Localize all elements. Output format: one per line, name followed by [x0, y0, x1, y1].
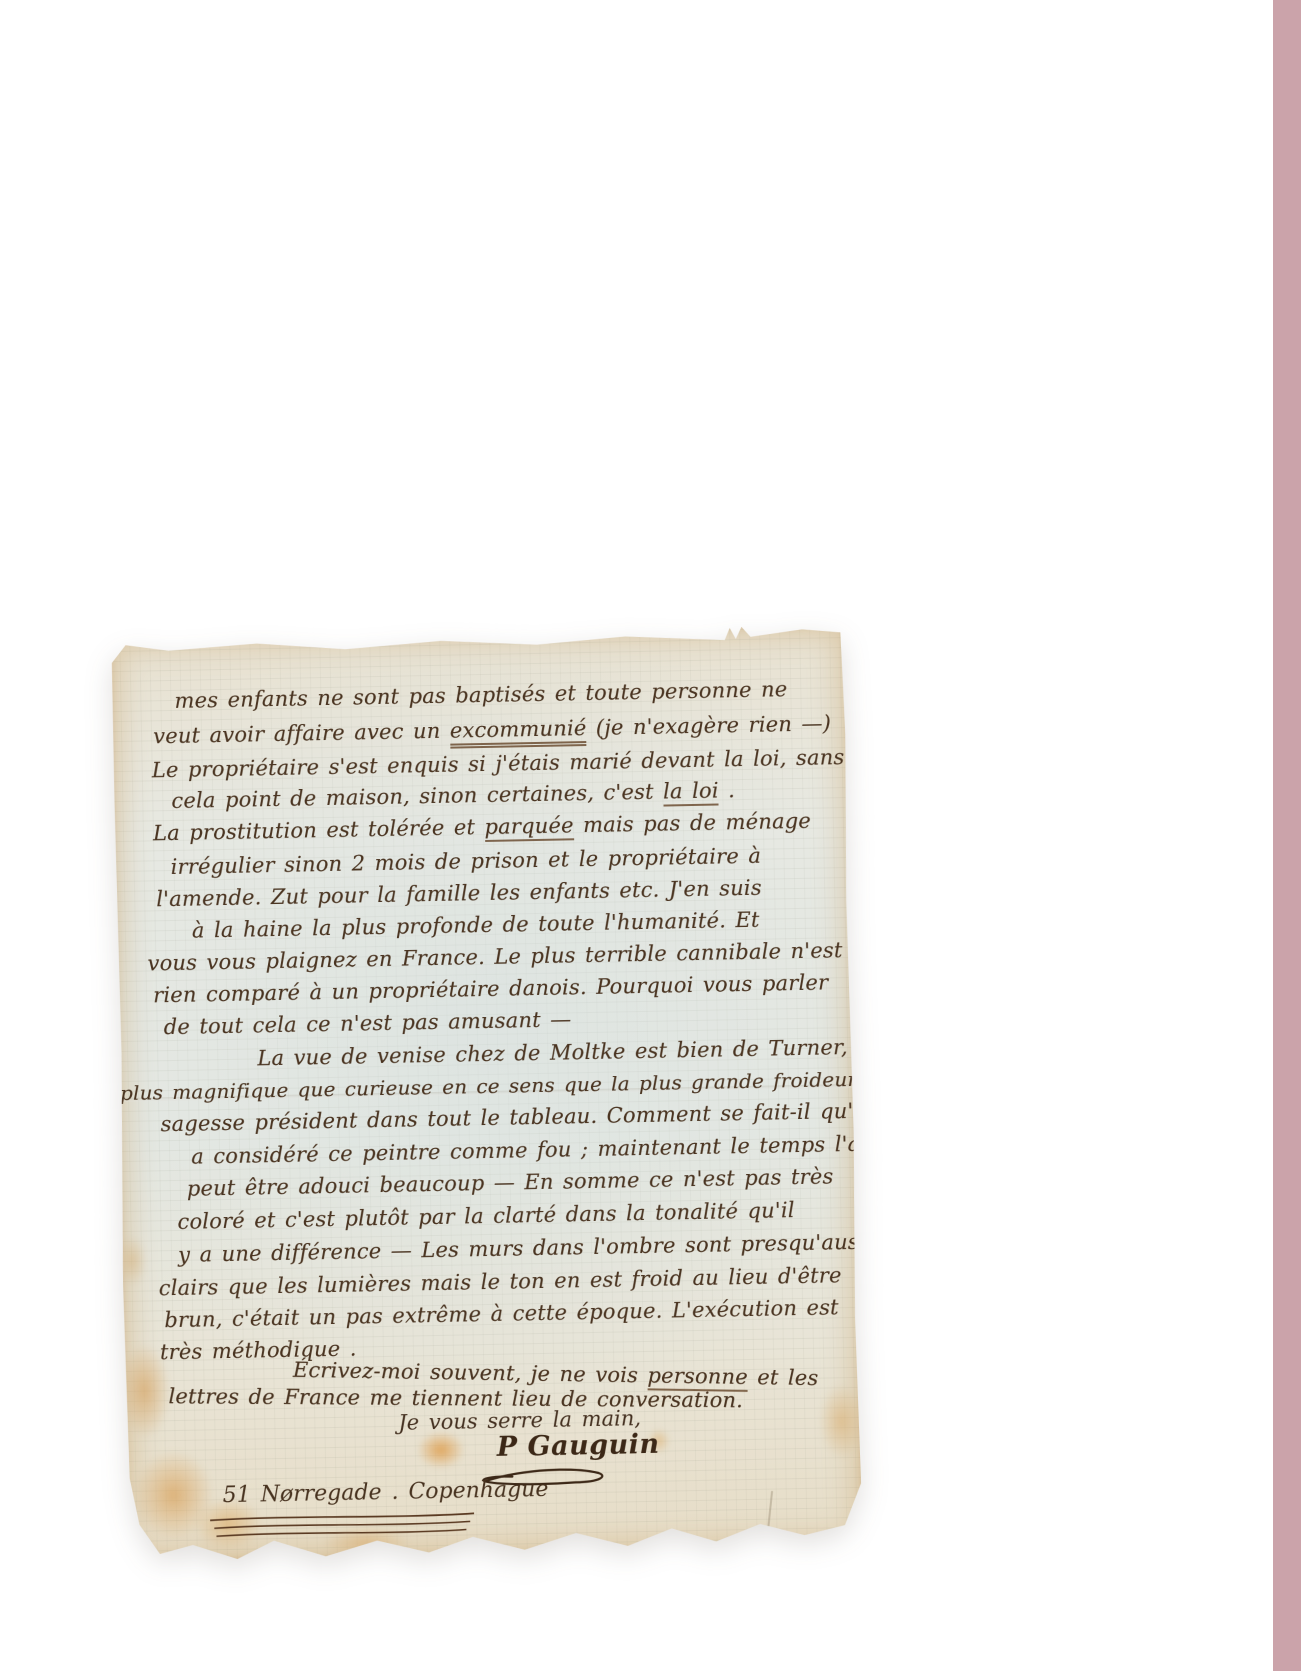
handwriting-segment: y a une différence — Les murs dans l'omb… — [178, 1230, 877, 1267]
handwritten-line: Le propriétaire s'est enquis si j'étais … — [152, 745, 845, 782]
signature: P Gauguin — [497, 1429, 660, 1463]
handwritten-line: rien comparé à un propriétaire danois. P… — [153, 970, 829, 1007]
handwriting-segment: clairs que les lumières mais le ton en e… — [158, 1263, 841, 1300]
handwriting-segment: coloré et c'est plutôt par la clarté dan… — [177, 1198, 795, 1234]
handwritten-line: peut être adouci beaucoup — En somme ce … — [187, 1164, 834, 1200]
handwritten-line: La prostitution est tolérée et parquée m… — [153, 809, 811, 846]
handwriting-segment: La prostitution est tolérée et — [153, 815, 485, 845]
handwritten-line: a considéré ce peintre comme fou ; maint… — [191, 1132, 861, 1169]
handwriting-segment: a considéré ce peintre comme fou ; maint… — [191, 1132, 861, 1169]
handwriting-segment: mes enfants ne sont pas baptisés et tout… — [174, 677, 787, 713]
photo-background: lettres de France me tiennent lieu de co… — [0, 0, 1301, 1671]
page-edge-accent-bar — [1273, 0, 1301, 1671]
handwritten-line: brun, c'était un pas extrême à cette épo… — [164, 1295, 839, 1332]
handwritten-line: irrégulier sinon 2 mois de prison et le … — [170, 844, 761, 879]
handwriting-segment: . — [718, 778, 735, 802]
handwriting-segment: Le propriétaire s'est enquis si j'étais … — [152, 745, 845, 782]
handwritten-line: coloré et c'est plutôt par la clarté dan… — [177, 1198, 795, 1234]
handwriting-segment: vous vous plaignez en France. Le plus te… — [147, 938, 842, 975]
handwriting-segment: sagesse président dans tout le tableau. … — [160, 1098, 880, 1136]
handwritten-line: vous vous plaignez en France. Le plus te… — [147, 938, 842, 975]
underlined-word: excommunié — [450, 716, 587, 749]
underlined-word: personne — [647, 1363, 748, 1392]
underlined-word: la loi — [663, 778, 719, 806]
handwritten-line: veut avoir affaire avec un excommunié (j… — [153, 711, 831, 748]
handwriting-segment: cela point de maison, sinon certaines, c… — [171, 780, 663, 813]
underlined-word: parquée — [484, 813, 574, 842]
handwritten-line: plus magnifique que curieuse en ce sens … — [120, 1066, 887, 1105]
handwritten-line: très méthodique . — [160, 1337, 357, 1365]
handwritten-line: sagesse président dans tout le tableau. … — [160, 1098, 880, 1136]
handwritten-line: clairs que les lumières mais le ton en e… — [158, 1263, 841, 1300]
handwriting-segment: irrégulier sinon 2 mois de prison et le … — [170, 844, 761, 879]
letter-paper-surface: lettres de France me tiennent lieu de co… — [109, 623, 864, 1562]
letter-text: lettres de France me tiennent lieu de co… — [109, 623, 864, 1562]
handwriting-segment: brun, c'était un pas extrême à cette épo… — [164, 1295, 839, 1332]
handwriting-segment: très méthodique . — [160, 1337, 357, 1365]
handwriting-segment: veut avoir affaire avec un — [153, 719, 450, 749]
handwritten-line: La vue de venise chez de Moltke est bien… — [257, 1033, 938, 1070]
handwriting-segment: peut être adouci beaucoup — En somme ce … — [187, 1164, 834, 1200]
handwritten-line: de tout cela ce n'est pas amusant — — [163, 1007, 571, 1039]
handwritten-line: l'amende. Zut pour la famille les enfant… — [156, 876, 762, 912]
handwriting-segment: de tout cela ce n'est pas amusant — — [163, 1007, 571, 1039]
address-underline — [208, 1511, 480, 1542]
letter-page: lettres de France me tiennent lieu de co… — [109, 623, 864, 1562]
handwriting-segment: mais pas de ménage — [573, 809, 811, 838]
handwriting-segment: Écrivez-moi souvent, je ne vois — [293, 1358, 648, 1388]
handwriting-segment: plus magnifique que curieuse en ce sens … — [120, 1066, 887, 1105]
handwritten-line: mes enfants ne sont pas baptisés et tout… — [174, 677, 787, 713]
handwriting-segment: La vue de venise chez de Moltke est bien… — [257, 1033, 938, 1070]
sender-address: 51 Nørregade . Copenhague — [222, 1477, 548, 1508]
handwriting-segment: et les — [748, 1365, 819, 1390]
handwriting-segment: (je n'exagère rien —) — [586, 711, 831, 740]
handwriting-segment: rien comparé à un propriétaire danois. P… — [153, 970, 829, 1007]
handwritten-line: cela point de maison, sinon certaines, c… — [171, 778, 735, 813]
handwriting-segment: à la haine la plus profonde de toute l'h… — [192, 908, 760, 943]
handwritten-line: à la haine la plus profonde de toute l'h… — [192, 908, 760, 943]
handwritten-line: y a une différence — Les murs dans l'omb… — [178, 1230, 877, 1267]
handwriting-segment: l'amende. Zut pour la famille les enfant… — [156, 876, 762, 912]
